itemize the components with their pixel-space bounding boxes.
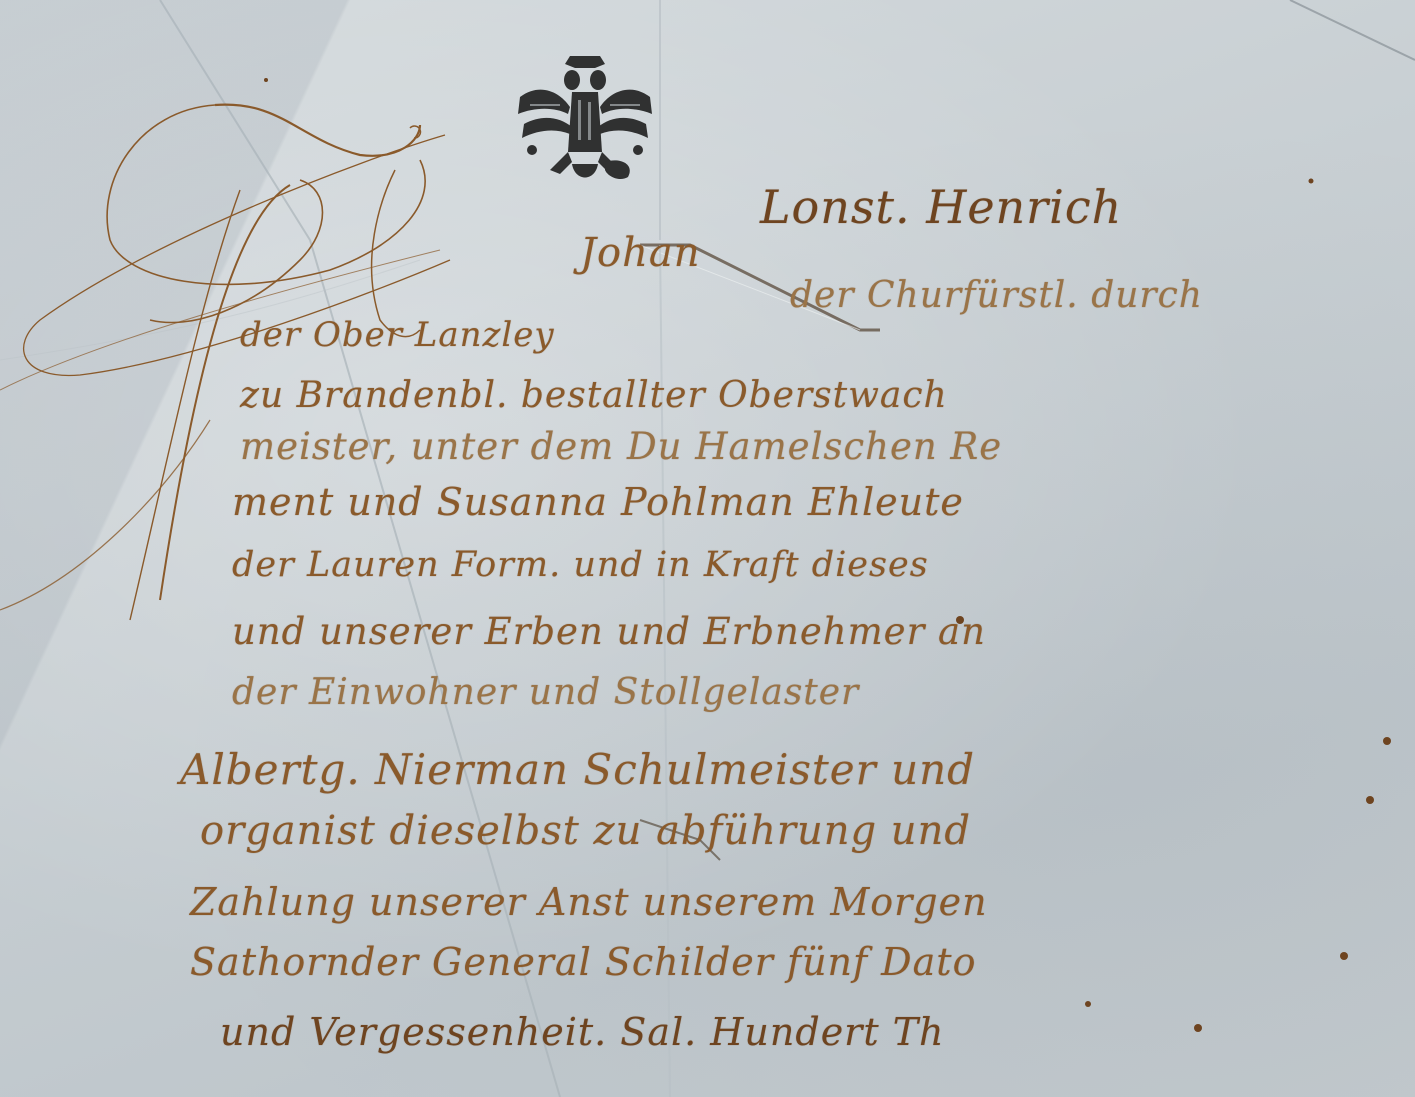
double-headed-eagle-stamp-icon (510, 52, 660, 190)
handwritten-line: der Lauren Form. und in Kraft dieses (232, 545, 929, 585)
handwritten-line: meister, unter dem Du Hamelschen Re (240, 425, 1002, 468)
handwritten-line: und unserer Erben und Erbnehmer an (232, 610, 986, 653)
handwritten-line: ment und Susanna Pohlman Ehleute (232, 480, 964, 524)
handwritten-line: Zahlung unserer Anst unserem Morgen (190, 880, 988, 924)
handwritten-line: Lonst. Henrich (760, 180, 1122, 234)
handwritten-line: und Vergessenheit. Sal. Hundert Th (220, 1010, 945, 1054)
handwritten-line: organist dieselbst zu abführung und (200, 808, 971, 854)
handwritten-line: der Ober Lanzley (240, 315, 555, 355)
handwritten-line: Albertg. Nierman Schulmeister und (180, 745, 975, 794)
handwritten-line: zu Brandenbl. bestallter Oberstwach (240, 375, 948, 416)
handwritten-line: Johan (580, 230, 701, 276)
calligraphic-initial-flourish-icon (0, 105, 450, 620)
handwritten-line: Sathornder General Schilder fünf Dato (190, 940, 976, 984)
handwritten-line: der Churfürstl. durch (790, 275, 1203, 316)
handwritten-line: der Einwohner und Stollgelaster (232, 672, 859, 713)
